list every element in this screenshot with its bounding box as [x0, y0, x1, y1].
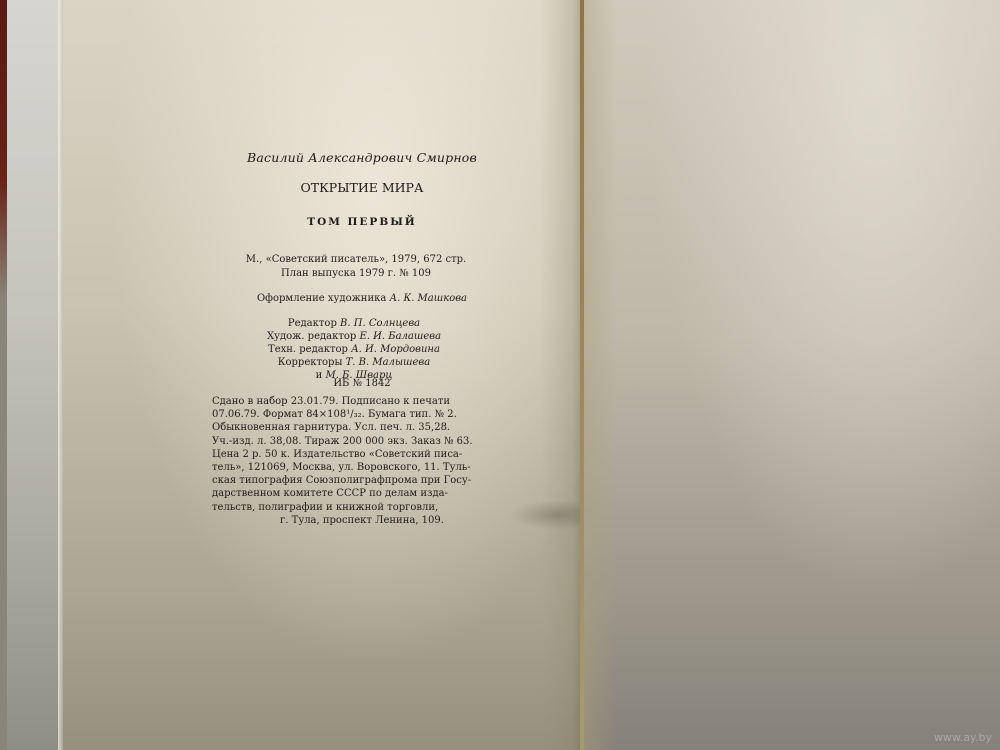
- colophon-line: Цена 2 р. 50 к. Издательство «Советский …: [212, 448, 512, 461]
- credit-name: А. И. Мордовина: [351, 344, 440, 355]
- volume-label: ТОМ ПЕРВЫЙ: [212, 216, 512, 228]
- credit-role: Корректоры: [278, 357, 346, 368]
- credit-name: В. П. Солнцева: [340, 318, 420, 329]
- colophon-line: г. Тула, проспект Ленина, 109.: [212, 514, 512, 527]
- credit-line: Техн. редактор А. И. Мордовина: [234, 343, 474, 356]
- publication-info: М., «Советский писатель», 1979, 672 стр.…: [236, 253, 476, 281]
- credit-role: Худож. редактор: [267, 331, 360, 342]
- publication-line: План выпуска 1979 г. № 109: [236, 267, 476, 281]
- design-label: Оформление художника: [257, 293, 390, 304]
- colophon-line: 07.06.79. Формат 84×108¹/₃₂. Бумага тип.…: [212, 408, 512, 421]
- right-page: [584, 0, 1000, 750]
- page-gutter-shadow: [540, 0, 585, 750]
- book-title: ОТКРЫТИЕ МИРА: [212, 180, 512, 195]
- publication-line: М., «Советский писатель», 1979, 672 стр.: [236, 253, 476, 267]
- credit-name: Т. В. Малышева: [346, 357, 431, 368]
- credit-line: Худож. редактор Е. И. Балашева: [234, 330, 474, 343]
- credit-role: Редактор: [288, 318, 340, 329]
- colophon-line: тель», 121069, Москва, ул. Воровского, 1…: [212, 461, 512, 474]
- page-crease: [510, 500, 580, 530]
- colophon-line: Обыкновенная гарнитура. Усл. печ. л. 35,…: [212, 421, 512, 434]
- book-photo: Василий Александрович Смирнов ОТКРЫТИЕ М…: [0, 0, 1000, 750]
- colophon-line: Уч.-изд. л. 38,08. Тираж 200 000 экз. За…: [212, 435, 512, 448]
- design-credit: Оформление художника А. К. Машкова: [212, 293, 512, 304]
- credit-role: Техн. редактор: [268, 344, 351, 355]
- flyleaf: [7, 0, 63, 750]
- ib-number: ИБ № 1842: [212, 378, 512, 389]
- credit-line: Корректоры Т. В. Малышева: [234, 356, 474, 369]
- editorial-credits: Редактор В. П. Солнцева Худож. редактор …: [234, 317, 474, 382]
- designer-name: А. К. Машкова: [390, 293, 467, 304]
- credit-line: Редактор В. П. Солнцева: [234, 317, 474, 330]
- colophon-line: дарственном комитете СССР по делам изда-: [212, 487, 512, 500]
- watermark: www.ay.by: [934, 731, 992, 744]
- colophon: Сдано в набор 23.01.79. Подписано к печа…: [212, 395, 512, 527]
- colophon-line: тельств, полиграфии и книжной торговли,: [212, 501, 512, 514]
- author-name: Василий Александрович Смирнов: [232, 150, 492, 165]
- colophon-line: Сдано в набор 23.01.79. Подписано к печа…: [212, 395, 512, 408]
- credit-name: Е. И. Балашева: [360, 331, 442, 342]
- colophon-line: ская типография Союзполиграфпрома при Го…: [212, 474, 512, 487]
